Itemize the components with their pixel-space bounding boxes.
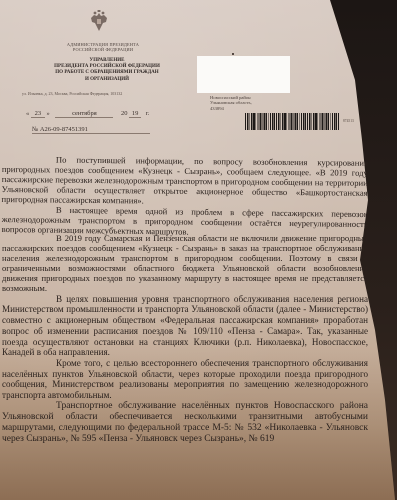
body-paragraph: Кроме того, с целью всестороннего обеспе… bbox=[2, 358, 368, 401]
quote-open: « bbox=[26, 110, 29, 117]
org-bold-line: И ОРГАНИЗАЦИЙ bbox=[52, 77, 162, 83]
letter-date: « 23 » сентября 20 19 г. bbox=[26, 110, 149, 118]
org-bold-line: ПО РАБОТЕ С ОБРАЩЕНИЯМИ ГРАЖДАН bbox=[52, 70, 162, 76]
ink-dot bbox=[232, 53, 234, 55]
quote-close: » bbox=[47, 110, 50, 117]
body-paragraph: В 2019 году Самарская и Пензенская облас… bbox=[2, 234, 368, 293]
barcode bbox=[245, 113, 340, 130]
date-day: 23 bbox=[31, 110, 45, 118]
letter-content: АДМИНИСТРАЦИЯ ПРЕЗИДЕНТА РОССИЙСКОЙ ФЕДЕ… bbox=[0, 0, 397, 500]
body-paragraph: В настоящее время одной из проблем в сфе… bbox=[2, 205, 368, 240]
double-headed-eagle-emblem-icon bbox=[88, 10, 110, 34]
date-month: сентября bbox=[55, 110, 113, 118]
registration-number: № А26-09-87451391 bbox=[32, 126, 150, 134]
body-paragraph: В целях повышения уровня транспортного о… bbox=[2, 294, 368, 358]
redacted-recipient-name bbox=[197, 56, 290, 93]
org-header-bold: УПРАВЛЕНИЕ ПРЕЗИДЕНТА РОССИЙСКОЙ ФЕДЕРАЦ… bbox=[52, 58, 162, 83]
body-paragraph: Транспортное обслуживание населённых пун… bbox=[2, 401, 368, 445]
recipient-line: 433894 bbox=[210, 106, 252, 111]
date-year-marker: г. bbox=[146, 110, 150, 117]
body-paragraph: По поступившей информации, по вопросу во… bbox=[1, 155, 367, 208]
recipient-address: Новоспасский район Ульяновская область, … bbox=[210, 95, 252, 111]
sender-address: ул. Ильинка, д. 23, Москва, Российская Ф… bbox=[22, 91, 122, 96]
letter-body: По поступившей информации, по вопросу во… bbox=[2, 155, 368, 445]
date-year-suffix: 19 bbox=[129, 110, 141, 118]
org-small-line: РОССИЙСКОЙ ФЕДЕРАЦИИ bbox=[55, 47, 151, 52]
barcode-number: 874513 bbox=[343, 119, 354, 123]
org-header-small: АДМИНИСТРАЦИЯ ПРЕЗИДЕНТА РОССИЙСКОЙ ФЕДЕ… bbox=[55, 42, 151, 52]
date-year-prefix: 20 bbox=[121, 110, 128, 117]
